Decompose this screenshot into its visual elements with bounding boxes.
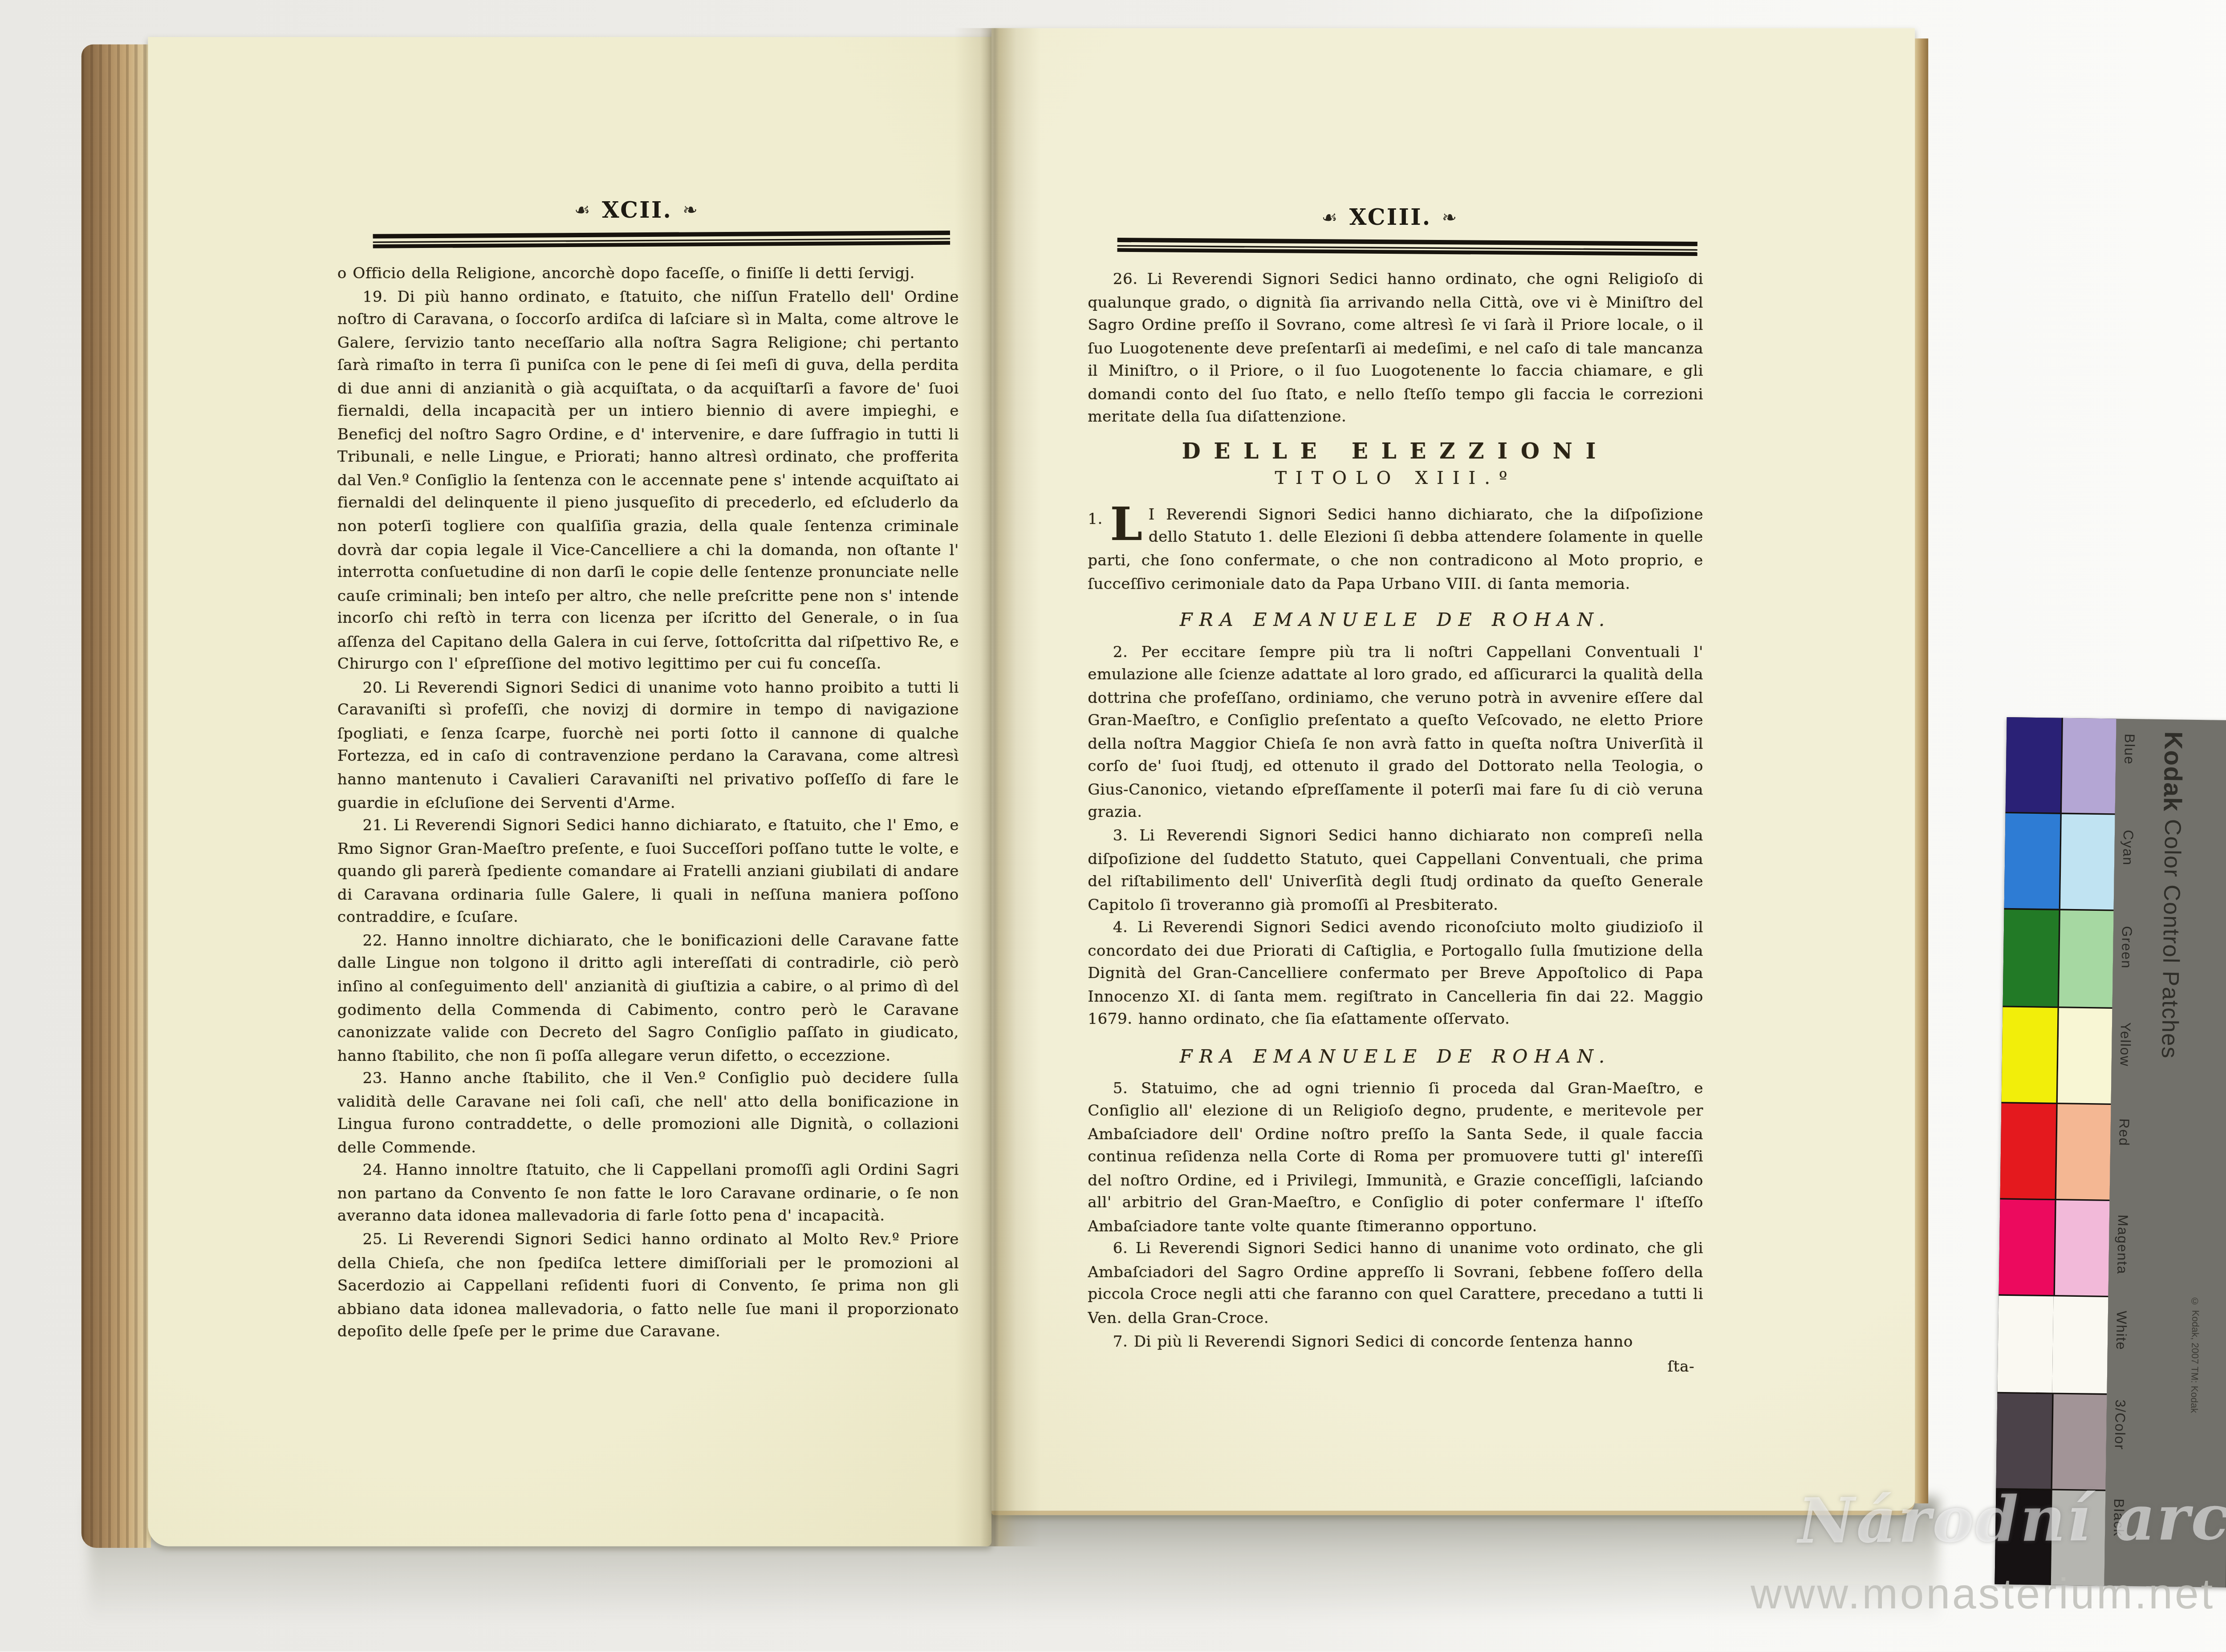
book-fore-edge-right — [1915, 38, 1928, 1503]
kodak-row-green — [2003, 910, 2114, 1008]
paragraph-text: I Reverendi Signori Sedici hanno dichiar… — [1088, 506, 1703, 593]
patch-label-magenta: Magenta — [2113, 1214, 2130, 1275]
color-patch-pale — [2061, 718, 2116, 814]
color-patch — [1998, 1296, 2054, 1392]
left-page-header: ☙ XCII. ❧ — [574, 197, 699, 223]
fleuron-left-icon: ☙ — [1321, 207, 1339, 228]
kodak-title: Kodak Color Control Patches — [2153, 731, 2187, 1059]
color-patch-pale — [2057, 1007, 2112, 1103]
paragraph: 21. Li Reverendi Signori Sedici hanno di… — [337, 816, 959, 930]
paragraph: 5. Statuimo, che ad ogni triennio ſi pro… — [1088, 1078, 1703, 1239]
color-patch-pale — [2059, 815, 2115, 910]
right-page-number: XCIII. — [1349, 204, 1432, 231]
kodak-row-white — [1997, 1296, 2108, 1394]
drop-cap: L — [1110, 506, 1142, 544]
fleuron-right-icon: ❧ — [683, 200, 699, 221]
kodak-patches — [1994, 717, 2116, 1586]
kodak-row-3color — [1996, 1392, 2107, 1490]
kodak-row-yellow — [2002, 1007, 2112, 1104]
kodak-brand: Kodak — [2158, 731, 2187, 812]
paragraph: 26. Li Reverendi Signori Sedici hanno or… — [1088, 269, 1703, 430]
kodak-color-control-strip: Blue Cyan Green Yellow Red Magenta White… — [1994, 717, 2226, 1588]
patch-label-cyan: Cyan — [2119, 830, 2136, 866]
color-patch — [2003, 910, 2060, 1006]
patch-label-yellow: Yellow — [2116, 1022, 2133, 1067]
patch-label-green: Green — [2117, 926, 2134, 969]
color-patch-pale — [2051, 1393, 2107, 1489]
dropcap-lead: 1. L — [1088, 506, 1142, 544]
left-page-text-column: o Officio della Religione, ancorchè dopo… — [337, 264, 959, 1396]
scan-canvas: ☙ XCII. ❧ ☙ XCIII. ❧ o Officio della Rel… — [0, 0, 2226, 1652]
section-heading: DELLE ELEZZIONI — [1088, 441, 1703, 464]
kodak-copyright: © Kodak, 2007 TM: Kodak — [2188, 1297, 2200, 1413]
patch-label-3color: 3/Color — [2111, 1400, 2128, 1450]
paragraph: 23. Hanno anche ſtabilito, che il Ven.º … — [337, 1068, 959, 1161]
color-patch — [2004, 814, 2061, 909]
paragraph: o Officio della Religione, ancorchè dopo… — [337, 264, 959, 287]
right-page-header: ☙ XCIII. ❧ — [1321, 204, 1458, 231]
color-patch-pale — [2052, 1297, 2108, 1392]
rohan-heading: FRA EMANUELE DE ROHAN. — [1088, 1045, 1703, 1068]
color-patch-pale — [2054, 1201, 2109, 1296]
kodak-row-cyan — [2004, 814, 2115, 912]
archive-watermark: Národní archiv — [1798, 1480, 2226, 1557]
right-page-text-column: 26. Li Reverendi Signori Sedici hanno or… — [1088, 269, 1703, 1406]
kodak-row-magenta — [1999, 1200, 2110, 1298]
kodak-title-text: Color Control Patches — [2156, 812, 2185, 1059]
fleuron-left-icon: ☙ — [574, 200, 592, 221]
color-patch — [1999, 1200, 2056, 1295]
paragraph: 19. Di più hanno ordinato, e ſtatuito, c… — [337, 286, 959, 678]
paragraph: 22. Hanno innoltre dichiarato, che le bo… — [337, 930, 959, 1068]
kodak-gray-band: Blue Cyan Green Yellow Red Magenta White… — [2104, 719, 2226, 1588]
paragraph: 2. Per eccitare ſempre più tra li noſtri… — [1088, 641, 1703, 825]
scanned-book-screenshot: ☙ XCII. ❧ ☙ XCIII. ❧ o Officio della Rel… — [0, 0, 2226, 1652]
paragraph-number: 1. — [1088, 506, 1103, 532]
rohan-heading: FRA EMANUELE DE ROHAN. — [1088, 609, 1703, 632]
fleuron-right-icon: ❧ — [1442, 207, 1458, 228]
paragraph: 4. Li Reverendi Signori Sedici avendo ri… — [1088, 918, 1703, 1033]
kodak-row-blue — [2006, 717, 2116, 815]
color-patch — [2002, 1007, 2059, 1102]
website-watermark: www.monasterium.net — [1751, 1571, 2215, 1620]
patch-label-white: White — [2112, 1311, 2129, 1351]
paragraph: 20. Li Reverendi Signori Sedici di unani… — [337, 678, 959, 816]
color-patch-pale — [2058, 911, 2113, 1007]
color-patch — [1996, 1392, 2053, 1488]
book-page-edges-left — [81, 45, 151, 1548]
paragraph: 7. Di più li Reverendi Signori Sedici di… — [1088, 1331, 1703, 1354]
left-page-number: XCII. — [602, 197, 672, 223]
paragraph: 25. Li Reverendi Signori Sedici hanno or… — [337, 1230, 959, 1344]
color-patch — [2000, 1103, 2057, 1199]
patch-label-red: Red — [2115, 1118, 2131, 1146]
paragraph-with-dropcap: 1. L I Reverendi Signori Sedici hanno di… — [1088, 504, 1703, 597]
color-patch-pale — [2055, 1104, 2111, 1200]
paragraph: 24. Hanno innoltre ſtatuito, che li Capp… — [337, 1161, 959, 1230]
catchword: ſta- — [1088, 1357, 1694, 1380]
kodak-row-red — [2000, 1103, 2111, 1201]
titolo-heading: TITOLO XIII.º — [1088, 468, 1703, 491]
paragraph: 6. Li Reverendi Signori Sedici hanno di … — [1088, 1239, 1703, 1331]
paragraph: 3. Li Reverendi Signori Sedici hanno dic… — [1088, 826, 1703, 918]
patch-label-blue: Blue — [2120, 734, 2137, 765]
color-patch — [2006, 717, 2063, 813]
